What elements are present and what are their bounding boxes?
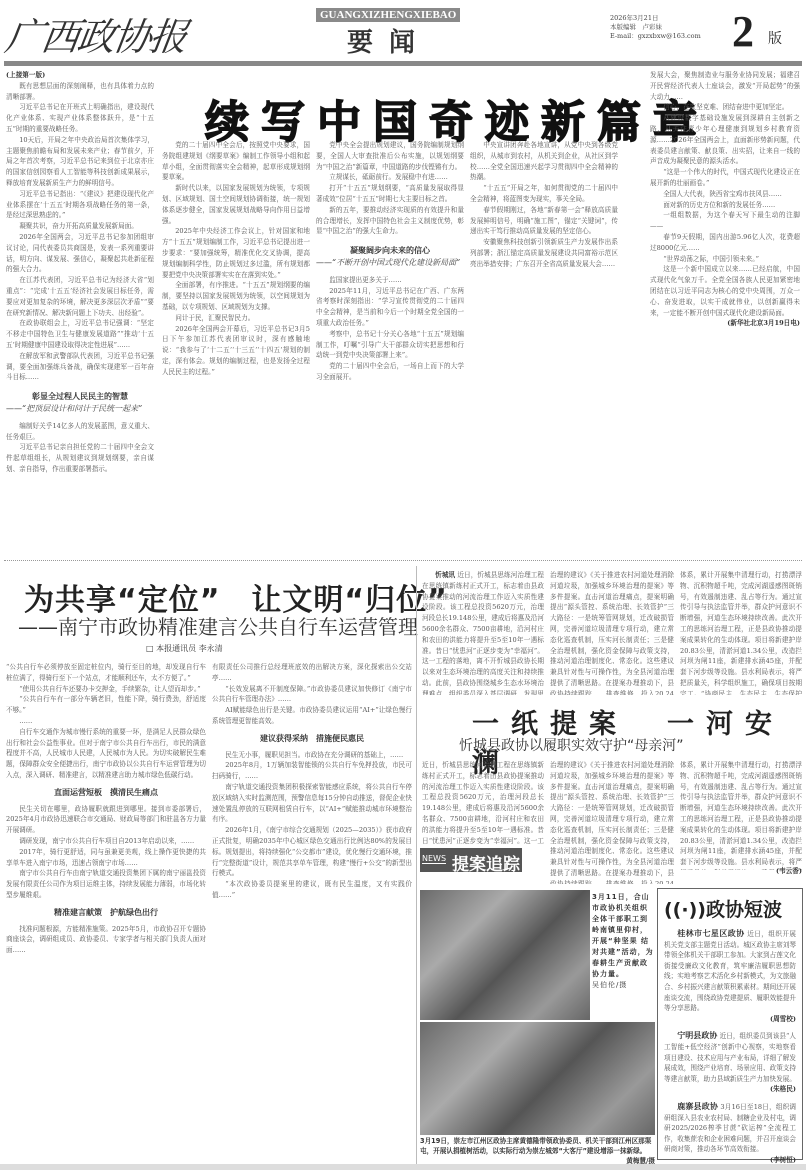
- bike-column-1: “公共自行车必须停放至固定桩位内，骑行至目的地，却发现自行车桩位满了，得骑行至下…: [6, 662, 206, 1162]
- paragraph: 春节假期刚过，各地“新春第一会”释放高质量发展鲜明信号，明确“施工图”，锚定“关…: [470, 205, 618, 237]
- caption-credit: 吴伯伦/摄: [592, 981, 627, 989]
- paragraph: 习近平总书记亲自担任党的二十届四中全会文件起草组组长，从规划建议到规划纲要，亲自…: [6, 442, 154, 474]
- subsection-title: 凝聚阔步向未来的信心: [316, 245, 464, 256]
- paragraph: 2026年全国两会开幕后，习近平总书记3月5日下午参加江苏代表团审议时，深有感触…: [162, 324, 310, 378]
- paragraph: 体系，累计开展集中清理行动，打捞漂浮物、沉积物超千吨，完成河湖遥感图斑销号，有效…: [680, 570, 802, 695]
- lead-column-4: 中央宣讲团奔赴各地宣讲，从党中央到各级党组织，从城市到农村，从机关到企业，从社区…: [470, 140, 618, 558]
- paragraph: 新时代以来，以国家发展规划为统领，专项规划、区域规划、国土空间规划协调衔接，统一…: [162, 183, 310, 226]
- paragraph: “这是一个伟大的时代，中国式现代化建设正在展开新的壮丽画卷。”: [650, 167, 800, 189]
- paragraph: 编制好关乎14亿多人的发展蓝图，意义重大、任务艰巨。: [6, 421, 154, 443]
- paragraph: 民生无小事，履职见担当。市政协在充分调研的基础上，……: [212, 750, 412, 761]
- paragraph: 党中央全会提出规划建议，国务院编制规划纲要，全国人大审查批准后公布实施，以规划纲…: [316, 140, 464, 172]
- lead-column-1: (上接第一版) 既有思想层面的深刻阐释，也有具体着力点的清晰部署。 习近平总书记…: [6, 70, 154, 558]
- lead-column-5: 发展大会，聚焦制造业与服务业协同发展；福建召开民营经济代表人士座谈会，激发“开局…: [650, 70, 800, 558]
- bike-article-byline: □ 本报通讯员 李永清: [146, 643, 223, 654]
- short-news-credit: (周雪校): [664, 1014, 796, 1025]
- river-column-3b: 体系，累计开展集中清理行动，打捞漂浮物、沉积物超千吨，完成河湖遥感图斑销号，有效…: [680, 760, 802, 870]
- paragraph: 党的二十届四中全会后，按照党中央要求，国务院组建规划《纲要草案》编制工作领导小组…: [162, 140, 310, 183]
- paragraph: 民生关切在哪里，政协履职就跟进到哪里。接到市委部署后，2025年4月市政协迅速联…: [6, 804, 206, 836]
- river-column-3: 体系，累计开展集中清理行动，打捞漂浮物、沉积物超千吨，完成河湖遥感图斑销号，有效…: [680, 570, 802, 695]
- page-unit: 版: [768, 28, 782, 48]
- subsection-subtitle: ——“把顶层设计和问计于民统一起来”: [6, 404, 154, 415]
- river-credit: (韦云香): [680, 866, 802, 877]
- issue-email: E-mail：gxzxbxw@163.com: [610, 32, 701, 41]
- news-badge-label: 提案追踪: [452, 850, 520, 875]
- subsection-title: 彰显全过程人民民主的智慧: [6, 391, 154, 402]
- river-column-1b: 近日，忻城县思练河治理工程在思练镇新练村正式开工，标志着由县政协提案推动的河流治…: [422, 760, 544, 844]
- paragraph: 10天后，开局之年中央政治局首次集体学习，主题聚焦前瞻布局和发展未来产业；春节前…: [6, 135, 154, 189]
- paragraph: 信心，在攻坚克难、团结奋进中更加坚定。: [650, 102, 800, 113]
- paragraph: 在江苏代表团，习近平总书记为经济大省“划重点”：“完成‘十五五’经济社会发展目标…: [6, 275, 154, 318]
- paragraph: 南宁市公共自行车由南宁轨道交通投资集团下属的南宁丽邕投资发展有限责任公司作为项目…: [6, 868, 206, 900]
- masthead-rule: [4, 61, 802, 66]
- page-bottom-bar: [0, 1164, 806, 1170]
- short-news-item: 鹿寨县政协 3月16日至18日，组织调研组深入县农业农村局、制糖企业及村屯，调研…: [664, 1101, 796, 1166]
- paragraph: “世界动荡之际，中国引领未来。”: [650, 254, 800, 265]
- short-news-text: 近日，组织开展机关党支部主题党日活动。城区政协主席刘琴带领全体机关干部职工参加。…: [664, 930, 796, 1012]
- paragraph: 全国人大代表，陕西省宝鸡市扶风县……: [650, 189, 800, 200]
- paragraph: 自行车交通作为城市慢行系统的重要一环，是满足人民群众绿色出行和社会公益性事业。但…: [6, 727, 206, 781]
- short-news-title-text: 政协短波: [706, 899, 782, 921]
- news-tag: NEWS: [422, 854, 446, 864]
- lead-column-2: 党的二十届四中全会后，按照党中央要求，国务院组建规划《纲要草案》编制工作领导小组…: [162, 140, 310, 558]
- short-news-org: 桂林市七星区政协: [677, 928, 745, 938]
- paragraph: “本次政协委员提案里的建议，既有民生温度，又有实践价值……”: [212, 879, 412, 901]
- paragraph: 2026年1月，《南宁市综合交通规划（2025—2035）》获市政府正式批复，明…: [212, 825, 412, 879]
- photo-planting-jiangzhou: [420, 1022, 655, 1135]
- continued-note: (上接第一版): [6, 70, 154, 81]
- short-news-box: ((·))政协短波 桂林市七星区政协 近日，组织开展机关党支部主题党日活动。城区…: [657, 888, 803, 1160]
- paragraph: 在政协联组会上，习近平总书记强调：“坚定不移走中国特色卫生与健康发展道路”“推动…: [6, 318, 154, 350]
- paragraph: 在解放军和武警部队代表团，习近平总书记强调，要全面加强练兵备战，确保实现建军一百…: [6, 351, 154, 383]
- paragraph: 党的二十届四中全会后，一场自上而下的大学习全面展开。: [316, 361, 464, 383]
- river-credit-wrap: (韦云香): [680, 866, 802, 880]
- bike-article-subheadline: ——南宁市政协精准建言公共自行车运营管理: [18, 611, 418, 640]
- newspaper-pinyin: GUANGXIZHENGXIEBAO: [316, 8, 460, 22]
- newspaper-logo: 广西政协报: [2, 6, 190, 61]
- paragraph: 习近平总书记在开班式上明确指出，建设现代化产业体系、实现产业体系整体跃升，是“十…: [6, 102, 154, 134]
- subsection-subtitle: ——“不断开创中国式现代化建设新局面”: [316, 258, 464, 269]
- short-news-item: 宁明县政协 近日，组织委员到该县“人工智能+低空经济”创新中心视察，实地察看项目…: [664, 1030, 796, 1095]
- paragraph: 打开“十五五”规划纲要，“高质量发展取得显著成效”位居“十五五”时期七大主要目标…: [316, 183, 464, 205]
- short-news-credit: (朱格民): [664, 1084, 796, 1095]
- column-divider: [416, 566, 417, 1164]
- paragraph: “公共自行车有一部分车辆老旧，性能下降，骑行费劲，舒适度不够。”: [6, 694, 206, 716]
- paragraph: 一组组数据，为这个春天写下最生动的注脚——: [650, 210, 800, 232]
- photo-caption-1: 3月11日，合山市政协机关组织全体干部职工到岭南镇里仰村，开展“种坚果 结对共建…: [592, 892, 654, 991]
- bike-column-2: 有限责任公司推行总经理班底效的出解决方案，深化探索出公交站亭…… “长效发展离不…: [212, 662, 412, 1162]
- river-column-2b: 治理的建议》《关于推进农村河道处理消除河道垃圾，加强城乡环境治理的提案》等多件提…: [550, 760, 674, 884]
- paragraph: 中央宣讲团奔赴各地宣讲，从党中央到各级党组织，从城市到农村，从机关到企业，从社区…: [470, 140, 618, 183]
- paragraph: 凝聚共识，奋力开拓高质量发展新局面。: [6, 221, 154, 232]
- short-news-item: 桂林市七星区政协 近日，组织开展机关党支部主题党日活动。城区政协主席刘琴带领全体…: [664, 928, 796, 1024]
- paragraph: 新的五年，要推动经济实现质的有效提升和量的合理增长，发挥中国特色社会主义制度优势…: [316, 205, 464, 237]
- paragraph: “长效发展离不开制度保障。”市政协委员建议加快修订《南宁市公共自行车管理办法》……: [212, 684, 412, 706]
- paragraph: 体系，累计开展集中清理行动，打捞漂浮物、沉积物超千吨，完成河湖遥感图斑销号，有效…: [680, 760, 802, 870]
- paragraph: 考察中，总书记十分关心各地“十五五”规划编制工作，叮嘱“引导广大干部群众切实把思…: [316, 329, 464, 361]
- paragraph: “公共自行车必须停放至固定桩位内，骑行至目的地，却发现自行车桩位满了，得骑行至下…: [6, 662, 206, 684]
- paragraph: 近日，忻城县思练河治理工程在思练镇新练村正式开工，标志着由县政协提案推动的河流治…: [422, 760, 544, 844]
- short-news-org: 鹿寨县政协: [677, 1101, 718, 1111]
- paragraph: 2025年8月，1万辆加装智能锁的公共自行车免押投放，市民可扫码骑行，……: [212, 760, 412, 782]
- paragraph: 既有思想层面的深刻阐释，也有具体着力点的清晰部署。: [6, 81, 154, 103]
- paragraph: “使用公共自行车还要办卡交押金，手续繁杂，让人望而却步。”: [6, 684, 206, 695]
- paragraph: 监国家提出更多关于……: [316, 275, 464, 286]
- dateline: 忻城讯: [435, 571, 455, 579]
- radio-wave-icon: ((·)): [664, 899, 706, 921]
- photo-planting-hoshan: [420, 890, 590, 1020]
- paragraph: 立规谋长，砥砺前行。发展稳中有进……: [316, 172, 464, 183]
- news-badge: NEWS 提案追踪: [420, 848, 522, 872]
- paragraph: 2026年全国两会，习近平总书记参加团组审议讨论，同代表委员共商国是，发表一系列…: [6, 232, 154, 275]
- section-heading: 建议获得采纳 措施便民惠民: [212, 733, 412, 744]
- lead-column-3: 党中央全会提出规划建议，国务院编制规划纲要，全国人大审查批准后公布实施，以规划纲…: [316, 140, 464, 558]
- paragraph: 问计于民，汇聚民智民力。: [162, 313, 310, 324]
- paragraph: 2025年中央经济工作会议上，针对国家和地方“十五五”规划编制工作，习近平总书记…: [162, 226, 310, 280]
- photo-caption-2: 3月19日，崇左市江州区政协主席黄德隆带领政协委员、机关干部到江州区那渠屯，开展…: [420, 1136, 655, 1166]
- news-agency-credit: (新华社北京3月19日电): [650, 318, 800, 329]
- section-heading: 直面运营短板 摸清民生痛点: [6, 787, 206, 798]
- short-news-title: ((·))政协短波: [664, 895, 796, 922]
- issue-date: 2026年3月21日: [610, 14, 701, 23]
- paragraph: 治理的建议》《关于推进农村河道处理消除河道垃圾，加强城乡环境治理的提案》等多件提…: [550, 760, 674, 884]
- paragraph: 南宁轨道交通投资集团积极探索智能感应系统，将公共自行车停放区域纳入实时监测范围，…: [212, 782, 412, 825]
- paragraph: 发展大会，聚焦制造业与服务业协同发展；福建召开民营经济代表人士座谈会，激发“开局…: [650, 70, 800, 102]
- paragraph: 治理的建议》《关于推进农村河道处理消除河道垃圾，加强城乡环境治理的提案》等多件提…: [550, 570, 674, 695]
- issue-meta: 2026年3月21日 本版编辑 卢彩妹 E-mail：gxzxbxw@163.c…: [610, 14, 701, 41]
- paragraph: 春节9天假期，国内出游5.96亿人次，花费超过8000亿元……: [650, 232, 800, 254]
- page-number: 2: [732, 6, 754, 57]
- paragraph: 习近平总书记指出：“《建议》把建设现代化产业体系摆在‘十五五’时期各项战略任务的…: [6, 189, 154, 221]
- paragraph: 安徽聚焦科技创新引领新质生产力发展作出系列部署；浙江锚定高质量发展建设共同富裕示…: [470, 237, 618, 269]
- paragraph: 2025年11月，习近平总书记在广西、广东两省考察时深刻指出：“学习宣传贯彻党的…: [316, 286, 464, 329]
- paragraph: AI赋能绿色出行是关键。市政协委员建议运用“AI+”让绿色慢行系统管理更智能高效…: [212, 705, 412, 727]
- section-heading: 精准建言献策 护航绿色出行: [6, 907, 206, 918]
- masthead: 广西政协报 GUANGXIZHENGXIEBAO 要闻 2026年3月21日 本…: [0, 0, 806, 64]
- paragraph: 调研发现，南宁市公共自行车项目自2013年启动以来，……: [6, 836, 206, 847]
- paragraph: 近日，忻城县思练河治理工程在思练镇新练村正式开工，标志着由县政协提案推动的河流治…: [422, 571, 544, 695]
- paragraph: 有限责任公司推行总经理班底效的出解决方案，深化探索出公交站亭……: [212, 662, 412, 684]
- caption-text: 3月19日，崇左市江州区政协主席黄德隆带领政协委员、机关干部到江州区那渠屯，开展…: [420, 1137, 651, 1155]
- short-news-org: 宁明县政协: [677, 1030, 717, 1040]
- paragraph: 面对新的历史方位和新的发展任务……: [650, 200, 800, 211]
- paragraph: 找准问题根源，方能精准施策。2025年5月，市政协召开专题协商座谈会，调研组成员…: [6, 924, 206, 956]
- river-article-subheadline: 忻城县政协以履职实效守护“母亲河”: [459, 735, 684, 755]
- paragraph: 2017年，骑行更舒适，同与虽兼更美观，线上操作更快捷的共享单车进入南宁市场，迅…: [6, 847, 206, 869]
- paragraph: 从建设数字基础设施发展到深耕自主创新之路，从关注青少年心理健康到规划乡村教育资源…: [650, 113, 800, 167]
- paragraph: 这是一个新中国成立以来……已经启航，中国式现代化气象万千。全党全国各族人民更加紧…: [650, 264, 800, 318]
- paragraph: “十五五”开局之年，如何贯彻党的二十届四中全会精神，将蓝图变为现实，事关全局。: [470, 183, 618, 205]
- caption-text: 3月11日，合山市政协机关组织全体干部职工到岭南镇里仰村，开展“种坚果 结对共建…: [592, 893, 654, 978]
- river-column-1: 忻城讯 近日，忻城县思练河治理工程在思练镇新练村正式开工，标志着由县政协提案推动…: [422, 570, 544, 695]
- paragraph: 全面部署，有序推进。“十五五”规划纲要的编制，要坚持以国家发展规划为统领，以空间…: [162, 280, 310, 312]
- section-title: 要闻: [347, 22, 431, 59]
- section-divider: [4, 560, 802, 561]
- paragraph: ……: [6, 716, 206, 727]
- river-column-2: 治理的建议》《关于推进农村河道处理消除河道垃圾，加强城乡环境治理的提案》等多件提…: [550, 570, 674, 695]
- issue-editor: 本版编辑 卢彩妹: [610, 23, 701, 32]
